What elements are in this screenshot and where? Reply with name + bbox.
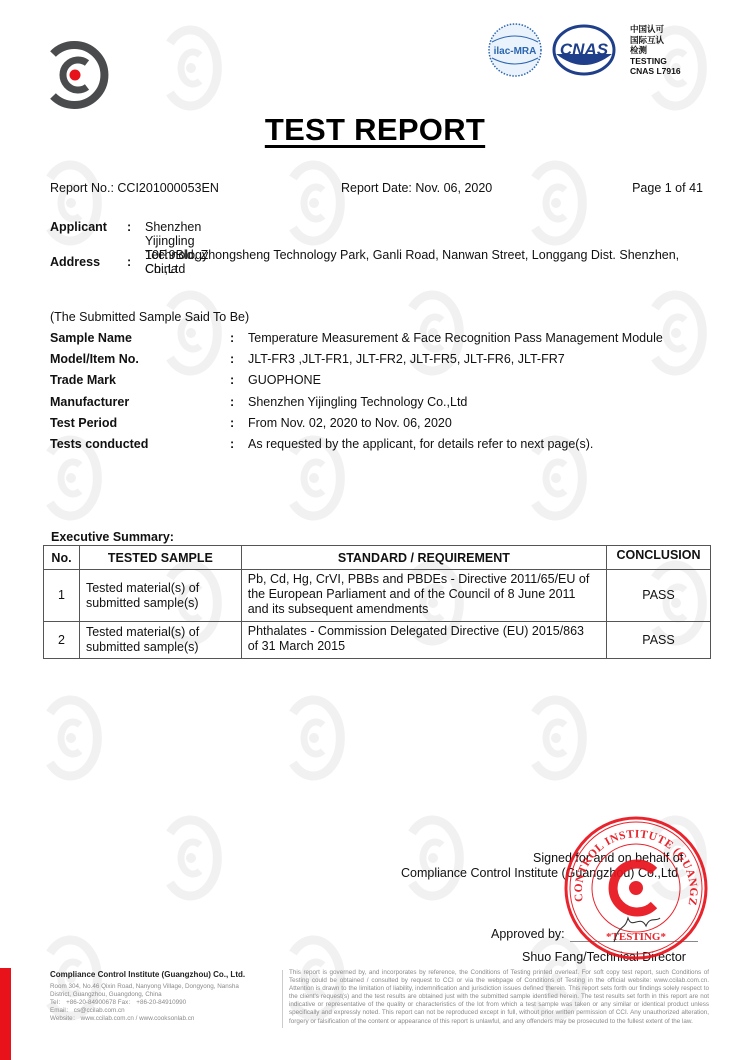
table-header-row: No. TESTED SAMPLE STANDARD / REQUIREMENT… [44, 546, 711, 570]
row-number: 1 [44, 570, 80, 622]
cnas-accreditation-text: 中国认可 国际互认 检测 TESTING CNAS L7916 [630, 24, 681, 77]
accred-line: 检测 [630, 45, 681, 56]
ilac-mra-icon: ilac-MRA [486, 22, 544, 78]
watermark-logo-icon [160, 290, 222, 376]
separator: : [230, 395, 234, 409]
sample-field-label: Model/Item No. [50, 352, 139, 366]
watermark-logo-icon [525, 695, 587, 781]
footer-address-line: Room 304, No.46 Qixin Road, Nanyong Vill… [50, 983, 275, 991]
footer-disclaimer: This report is governed by, and incorpor… [289, 969, 709, 1026]
address-line: China [145, 262, 178, 276]
watermark-logo-icon [160, 25, 222, 111]
col-header-tested-sample: TESTED SAMPLE [79, 546, 241, 570]
separator: : [230, 373, 234, 387]
tested-sample-cell: Tested material(s) ofsubmitted sample(s) [79, 622, 241, 659]
col-header-conclusion: CONCLUSION [607, 546, 711, 570]
conclusion-cell: PASS [607, 570, 711, 622]
sample-field-label: Tests conducted [50, 437, 148, 451]
sample-field-label: Manufacturer [50, 395, 129, 409]
table-row: 1Tested material(s) ofsubmitted sample(s… [44, 570, 711, 622]
standard-cell: Phthalates - Commission Delegated Direct… [241, 622, 606, 659]
report-title: TEST REPORT [0, 112, 750, 148]
executive-summary-title: Executive Summary: [51, 530, 174, 544]
watermark-logo-icon [402, 815, 464, 901]
watermark-logo-icon [283, 695, 345, 781]
accreditation-block: ilac-MRA CNAS 中国认可 国际互认 检测 TESTING CNAS … [486, 22, 716, 78]
accred-line: 中国认可 [630, 24, 681, 35]
report-title-text: TEST REPORT [265, 112, 485, 147]
submitted-sample-heading: (The Submitted Sample Said To Be) [50, 310, 249, 324]
sample-line: Tested material(s) of [86, 625, 199, 639]
separator: : [230, 416, 234, 430]
sample-field-value: Temperature Measurement & Face Recogniti… [248, 331, 663, 345]
separator: : [127, 220, 131, 234]
approved-by-label: Approved by: [491, 927, 565, 941]
report-date: Report Date: Nov. 06, 2020 [341, 181, 492, 195]
applicant-label: Applicant [50, 220, 107, 234]
svg-text:CNAS: CNAS [560, 40, 609, 59]
sample-field-label: Test Period [50, 416, 117, 430]
watermark-logo-icon [160, 815, 222, 901]
row-number: 2 [44, 622, 80, 659]
table-row: 2Tested material(s) ofsubmitted sample(s… [44, 622, 711, 659]
watermark-logo-icon [40, 695, 102, 781]
watermark-logo-icon [283, 160, 345, 246]
executive-summary-table: No. TESTED SAMPLE STANDARD / REQUIREMENT… [43, 545, 711, 659]
footer-address-line: District, Guangzhou, Guangdong, China [50, 991, 275, 999]
address-line: 10F.9Bld, Zhongsheng Technology Park, Ga… [145, 248, 679, 262]
col-header-no: No. [44, 546, 80, 570]
separator: : [230, 352, 234, 366]
footer-company-name: Compliance Control Institute (Guangzhou)… [50, 970, 275, 979]
watermark-logo-icon [525, 160, 587, 246]
sample-field-label: Sample Name [50, 331, 132, 345]
sample-line: submitted sample(s) [86, 640, 199, 654]
address-value: 10F.9Bld, Zhongsheng Technology Park, Ga… [145, 248, 679, 276]
separator: : [230, 331, 234, 345]
sample-field-value: GUOPHONE [248, 373, 321, 387]
footer-phone-fax: Tel： +86-20-84900678 Fax： +86-20-8491099… [50, 999, 275, 1007]
standard-line: and its subsequent amendments [248, 602, 429, 616]
footer-email: Email： cs@ccilab.com.cn [50, 1007, 275, 1015]
accred-line: TESTING [630, 56, 681, 67]
col-header-standard: STANDARD / REQUIREMENT [241, 546, 606, 570]
svg-text:*TESTING*: *TESTING* [606, 931, 666, 943]
footer-contact: Compliance Control Institute (Guangzhou)… [50, 970, 275, 1023]
page-indicator: Page 1 of 41 [632, 181, 703, 195]
standard-line: Phthalates - Commission Delegated Direct… [248, 624, 584, 638]
sample-field-value: Shenzhen Yijingling Technology Co.,Ltd [248, 395, 467, 409]
standard-cell: Pb, Cd, Hg, CrVI, PBBs and PBDEs - Direc… [241, 570, 606, 622]
tested-sample-cell: Tested material(s) ofsubmitted sample(s) [79, 570, 241, 622]
accred-line: CNAS L7916 [630, 66, 681, 77]
standard-line: of 31 March 2015 [248, 639, 345, 653]
sample-field-value: JLT-FR3 ,JLT-FR1, JLT-FR2, JLT-FR5, JLT-… [248, 352, 565, 366]
sample-field-value: As requested by the applicant, for detai… [248, 437, 593, 451]
separator: : [230, 437, 234, 451]
footer-divider [282, 970, 283, 1028]
sample-field-label: Trade Mark [50, 373, 116, 387]
cci-logo-icon [41, 40, 109, 110]
sample-line: submitted sample(s) [86, 596, 199, 610]
conclusion-cell: PASS [607, 622, 711, 659]
footer-accent-bar [0, 968, 11, 1060]
accred-line: 国际互认 [630, 35, 681, 46]
standard-line: Pb, Cd, Hg, CrVI, PBBs and PBDEs - Direc… [248, 572, 590, 586]
company-seal-stamp: COMPLIANCE CONTROL INSTITUTE (GUANGZHOU)… [562, 814, 710, 962]
sample-field-value: From Nov. 02, 2020 to Nov. 06, 2020 [248, 416, 452, 430]
cnas-icon: CNAS [552, 24, 616, 76]
address-label: Address [50, 255, 100, 269]
standard-line: the European Parliament and of the Counc… [248, 587, 576, 601]
sample-line: Tested material(s) of [86, 581, 199, 595]
report-number: Report No.: CCI201000053EN [50, 181, 219, 195]
footer-website: Website： www.ccilab.com.cn / www.cookson… [50, 1015, 275, 1023]
svg-text:ilac-MRA: ilac-MRA [494, 46, 537, 57]
separator: : [127, 255, 131, 269]
